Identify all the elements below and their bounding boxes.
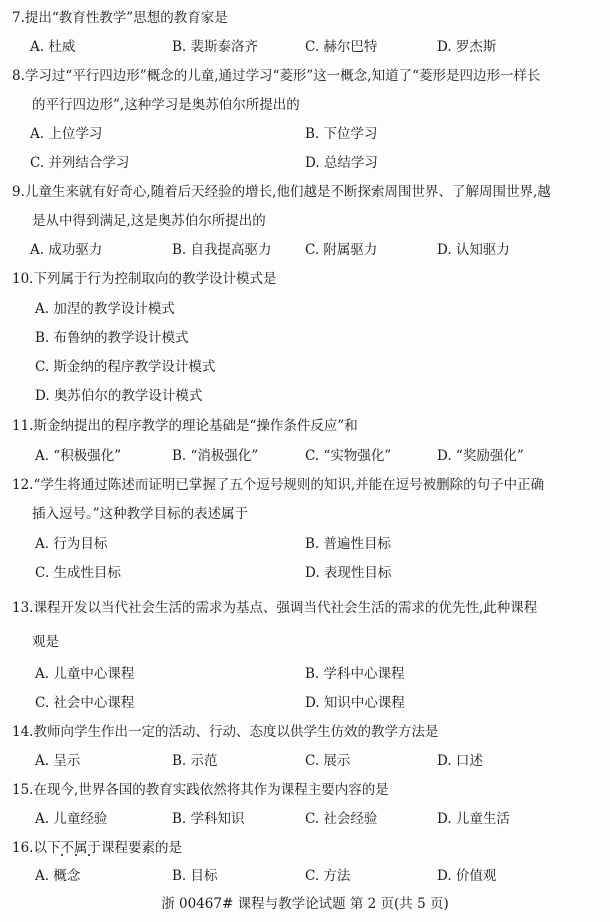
question-12-stem: 12.“学生将通过陈述而证明已掌握了五个逗号规则的知识,并能在逗号被删除的句子中…: [12, 476, 544, 494]
question-15-stem: 15.在现今,世界各国的教育实践依然将其作为课程主要内容的是: [12, 781, 389, 799]
q16-option-d: D. 价值观: [437, 867, 496, 885]
emphasis-dot: [61, 854, 63, 856]
q14-option-d: D. 口述: [437, 752, 483, 770]
q13-option-b: B. 学科中心课程: [305, 665, 405, 683]
q10-option-d: D. 奥苏伯尔的教学设计模式: [35, 387, 202, 405]
q7-option-a: A. 杜威: [30, 38, 75, 56]
q12-option-d: D. 表现性目标: [305, 564, 391, 582]
q9-option-b: B. 自我提高驱力: [172, 241, 272, 259]
q11-option-c: C. “实物强化”: [305, 447, 391, 465]
q7-option-c: C. 赫尔巴特: [305, 38, 377, 56]
q8-option-b: B. 下位学习: [305, 125, 378, 143]
q14-option-c: C. 展示: [305, 752, 350, 770]
q15-option-b: B. 学科知识: [172, 810, 245, 828]
q15-option-a: A. 儿童经验: [35, 810, 107, 828]
q12-option-a: A. 行为目标: [35, 535, 107, 553]
question-14-stem: 14.教师向学生作出一定的活动、行动、态度以供学生仿效的教学方法是: [12, 723, 438, 741]
q10-option-a: A. 加涅的教学设计模式: [35, 300, 175, 318]
q16-option-b: B. 目标: [172, 867, 218, 885]
question-8-stem: 8.学习过“平行四边形”概念的儿童,通过学习“菱形”这一概念,知道了“菱形是四边…: [12, 67, 540, 85]
q11-option-b: B. “消极强化”: [172, 447, 258, 465]
q10-option-b: B. 布鲁纳的教学设计模式: [35, 329, 189, 347]
q10-option-c: C. 斯金纳的程序教学设计模式: [35, 358, 215, 376]
q13-option-c: C. 社会中心课程: [35, 694, 134, 712]
question-16-stem: 16.以下不属于课程要素的是: [12, 839, 182, 857]
q11-option-a: A. “积极强化”: [35, 447, 121, 465]
q13-option-d: D. 知识中心课程: [305, 694, 405, 712]
q14-option-a: A. 呈示: [35, 752, 80, 770]
q16-option-a: A. 概念: [35, 867, 80, 885]
q12-option-b: B. 普遍性目标: [305, 535, 391, 553]
q7-option-b: B. 裴斯泰洛齐: [172, 38, 258, 56]
q8-option-d: D. 总结学习: [305, 154, 378, 172]
emphasis-dot: [88, 854, 90, 856]
question-12-stem-cont: 插入逗号。”这种教学目标的表述属于: [32, 505, 248, 523]
question-8-stem-cont: 的平行四边形”,这种学习是奥苏伯尔所提出的: [32, 96, 300, 114]
q7-option-d: D. 罗杰斯: [437, 38, 496, 56]
q13-option-a: A. 儿童中心课程: [35, 665, 134, 683]
q8-option-c: C. 并列结合学习: [30, 154, 129, 172]
question-11-stem: 11.斯金纳提出的程序教学的理论基础是“操作条件反应”和: [12, 417, 358, 435]
q9-option-d: D. 认知驱力: [437, 241, 510, 259]
q9-option-a: A. 成功驱力: [30, 241, 102, 259]
question-13-stem: 13.课程开发以当代社会生活的需求为基点、强调当代社会生活的需求的优先性,此种课…: [12, 599, 537, 617]
page-footer: 浙 00467# 课程与教学论试题 第 2 页(共 5 页): [0, 895, 610, 913]
question-9-stem: 9.儿童生来就有好奇心,随着后天经验的增长,他们越是不断探索周围世界、了解周围世…: [12, 183, 551, 201]
q15-option-c: C. 社会经验: [305, 810, 377, 828]
question-10-stem: 10.下列属于行为控制取向的教学设计模式是: [12, 270, 276, 288]
q9-option-c: C. 附属驱力: [305, 241, 377, 259]
q14-option-b: B. 示范: [172, 752, 218, 770]
question-9-stem-cont: 是从中得到满足,这是奥苏伯尔所提出的: [32, 212, 266, 230]
q15-option-d: D. 儿童生活: [437, 810, 510, 828]
q8-option-a: A. 上位学习: [30, 125, 102, 143]
q16-option-c: C. 方法: [305, 867, 350, 885]
question-13-stem-cont: 观是: [32, 633, 59, 651]
question-7-stem: 7.提出“教育性教学”思想的教育家是: [12, 9, 228, 27]
emphasis-dot: [75, 854, 77, 856]
q12-option-c: C. 生成性目标: [35, 564, 121, 582]
q11-option-d: D. “奖励强化”: [437, 447, 524, 465]
